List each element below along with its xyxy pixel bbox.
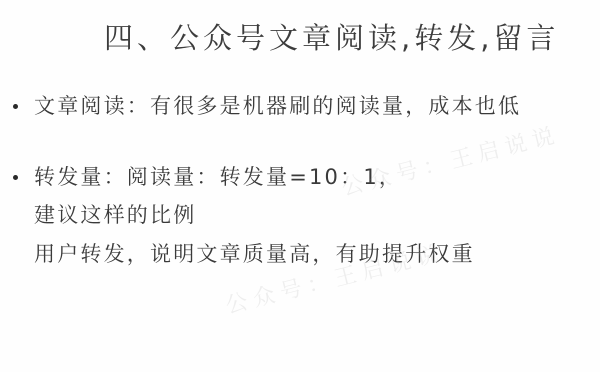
bullet-text-continuation: 建议这样的比例 <box>34 202 196 228</box>
bullet-text: 转发量：阅读量：转发量=10：1， <box>34 164 402 190</box>
slide: 四、公众号文章阅读,转发,留言 文章阅读：有很多是机器刷的阅读量，成本也低 转发… <box>0 0 600 372</box>
bullet-text-continuation: 用户转发，说明文章质量高，有助提升权重 <box>34 241 475 267</box>
slide-title: 四、公众号文章阅读,转发,留言 <box>104 18 559 58</box>
bullet-text: 文章阅读：有很多是机器刷的阅读量，成本也低 <box>34 93 521 119</box>
bullet-dot-icon <box>13 175 18 180</box>
bullet-dot-icon <box>13 104 18 109</box>
